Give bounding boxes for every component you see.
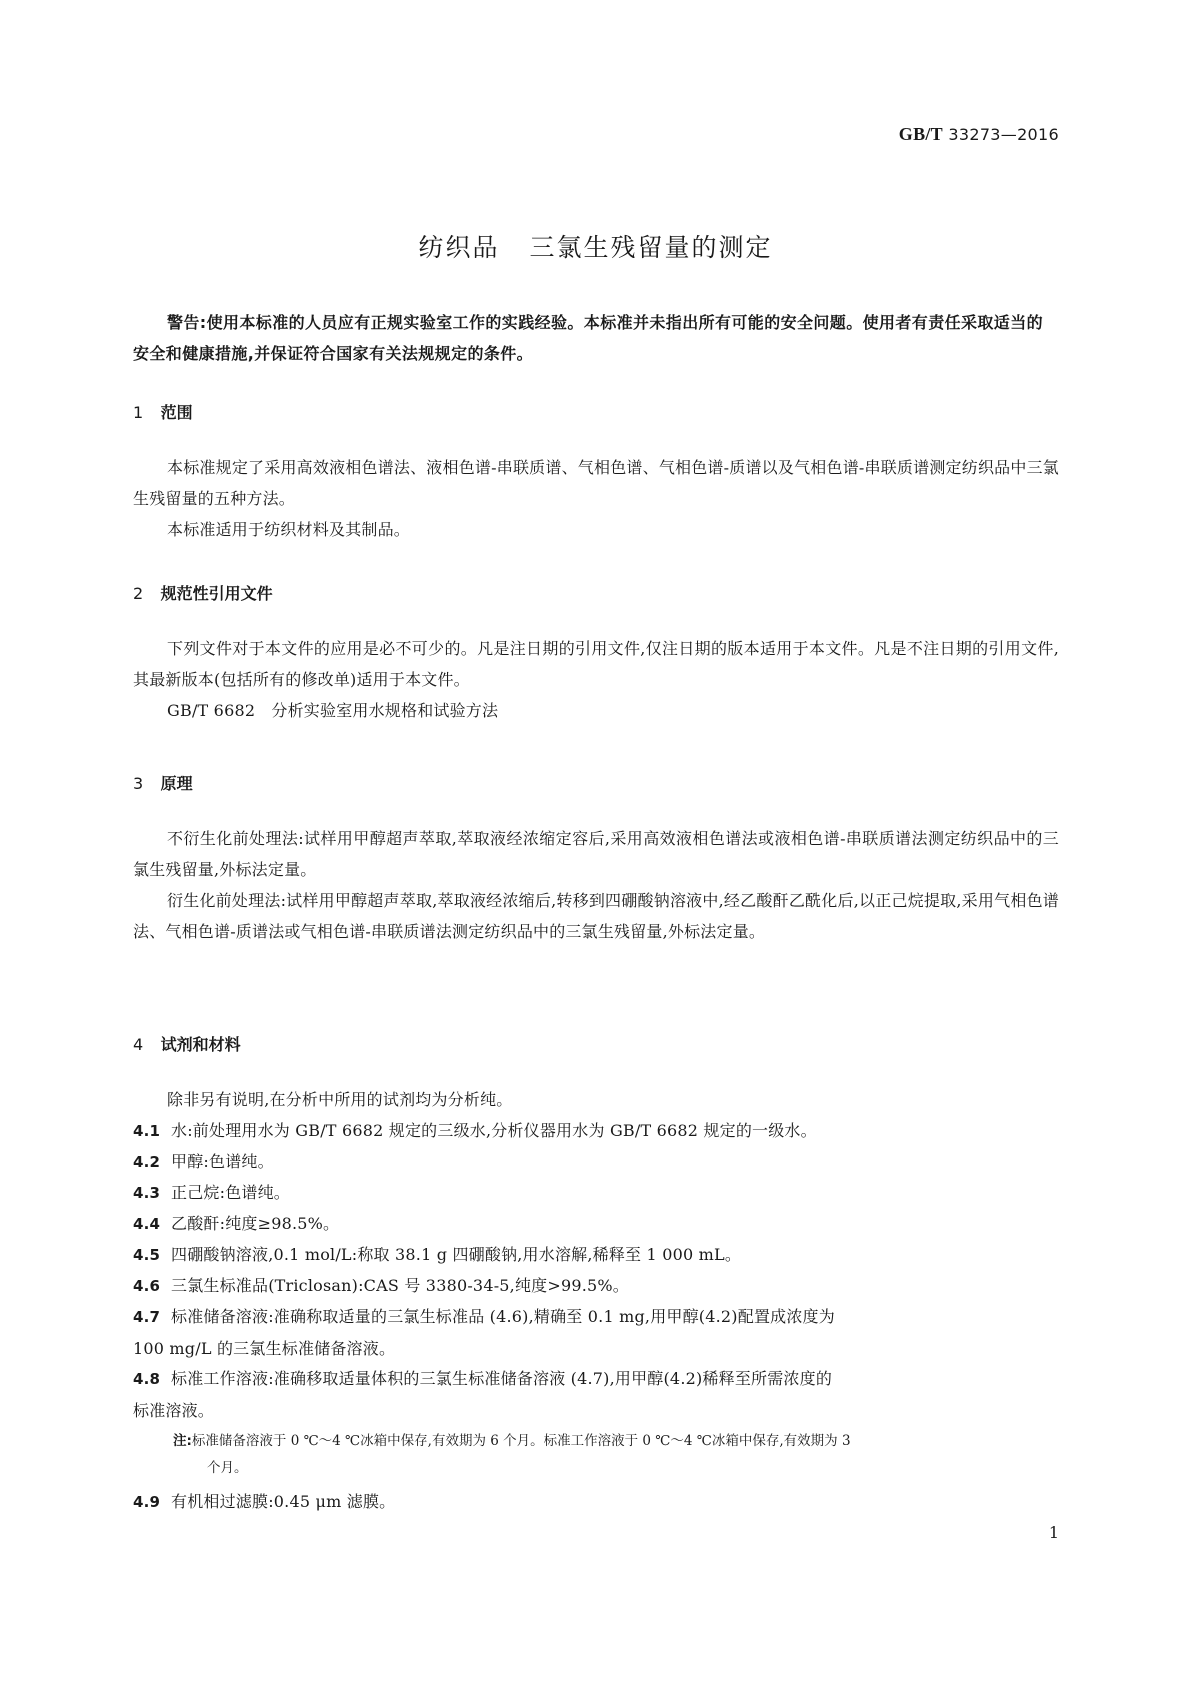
item-text: 正己烷:色谱纯。 xyxy=(171,1183,290,1202)
section-number: 1 xyxy=(133,403,155,422)
paragraph: 本标准适用于纺织材料及其制品。 xyxy=(133,514,1059,545)
paragraph: 本标准规定了采用高效液相色谱法、液相色谱-串联质谱、气相色谱、气相色谱-质谱以及… xyxy=(133,452,1059,514)
list-item-4-4: 4.4乙酸酐:纯度≥98.5%。 xyxy=(133,1208,1059,1240)
section-heading-scope: 1 范围 xyxy=(133,400,193,423)
item-text: 标准工作溶液:准确移取适量体积的三氯生标准储备溶液 (4.7),用甲醇(4.2)… xyxy=(171,1369,832,1388)
standard-code: 33273—2016 xyxy=(948,125,1059,144)
section-body-normative-references: 下列文件对于本文件的应用是必不可少的。凡是注日期的引用文件,仅注日期的版本适用于… xyxy=(133,633,1059,726)
title-part-1: 纺织品 xyxy=(418,233,499,262)
section-heading-principle: 3 原理 xyxy=(133,771,193,794)
item-number: 4.6 xyxy=(133,1271,171,1302)
item-number: 4.2 xyxy=(133,1147,171,1178)
section-title: 试剂和材料 xyxy=(161,1035,241,1054)
item-number: 4.4 xyxy=(133,1209,171,1240)
item-text: 三氯生标准品(Triclosan):CAS 号 3380-34-5,纯度>99.… xyxy=(171,1276,629,1295)
page-number: 1 xyxy=(1049,1523,1059,1542)
document-page: GB/T 33273—2016 纺织品三氯生残留量的测定 警告:使用本标准的人员… xyxy=(0,0,1191,1684)
note: 注:标准储备溶液于 0 ℃～4 ℃冰箱中保存,有效期为 6 个月。标准工作溶液于… xyxy=(173,1428,1059,1482)
item-number: 4.1 xyxy=(133,1116,171,1147)
item-number: 4.7 xyxy=(133,1302,171,1333)
section-heading-reagents: 4 试剂和材料 xyxy=(133,1032,241,1055)
section-heading-normative-references: 2 规范性引用文件 xyxy=(133,581,273,604)
standard-number: GB/T 33273—2016 xyxy=(899,124,1059,145)
section-body-principle: 不衍生化前处理法:试样用甲醇超声萃取,萃取液经浓缩定容后,采用高效液相色谱法或液… xyxy=(133,823,1059,947)
section-intro-reagents: 除非另有说明,在分析中所用的试剂均为分析纯。 xyxy=(133,1084,1059,1115)
standard-prefix: GB/T xyxy=(899,124,943,144)
note-text-continued: 个月。 xyxy=(173,1455,1059,1482)
section-title: 范围 xyxy=(161,403,193,422)
note-label: 注: xyxy=(173,1433,192,1449)
item-number: 4.3 xyxy=(133,1178,171,1209)
item-text: 四硼酸钠溶液,0.1 mol/L:称取 38.1 g 四硼酸钠,用水溶解,稀释至… xyxy=(171,1245,741,1264)
paragraph: 下列文件对于本文件的应用是必不可少的。凡是注日期的引用文件,仅注日期的版本适用于… xyxy=(133,633,1059,695)
list-item-4-8: 4.8标准工作溶液:准确移取适量体积的三氯生标准储备溶液 (4.7),用甲醇(4… xyxy=(133,1363,1059,1426)
item-text-continued: 标准溶液。 xyxy=(133,1401,214,1420)
paragraph: 不衍生化前处理法:试样用甲醇超声萃取,萃取液经浓缩定容后,采用高效液相色谱法或液… xyxy=(133,823,1059,885)
item-text: 甲醇:色谱纯。 xyxy=(171,1152,274,1171)
paragraph: 衍生化前处理法:试样用甲醇超声萃取,萃取液经浓缩后,转移到四硼酸钠溶液中,经乙酸… xyxy=(133,885,1059,947)
list-item-4-5: 4.5四硼酸钠溶液,0.1 mol/L:称取 38.1 g 四硼酸钠,用水溶解,… xyxy=(133,1239,1059,1271)
section-title: 规范性引用文件 xyxy=(161,584,273,603)
reference-entry: GB/T 6682 分析实验室用水规格和试验方法 xyxy=(133,695,1059,726)
list-item-4-3: 4.3正己烷:色谱纯。 xyxy=(133,1177,1059,1209)
item-text: 乙酸酐:纯度≥98.5%。 xyxy=(171,1214,339,1233)
section-title: 原理 xyxy=(161,774,193,793)
section-number: 4 xyxy=(133,1035,155,1054)
item-number: 4.5 xyxy=(133,1240,171,1271)
paragraph: 除非另有说明,在分析中所用的试剂均为分析纯。 xyxy=(133,1084,1059,1115)
warning-paragraph: 警告:使用本标准的人员应有正规实验室工作的实践经验。本标准并未指出所有可能的安全… xyxy=(133,307,1059,369)
item-text: 有机相过滤膜:0.45 μm 滤膜。 xyxy=(171,1492,395,1511)
item-text-continued: 100 mg/L 的三氯生标准储备溶液。 xyxy=(133,1339,395,1358)
item-text: 标准储备溶液:准确称取适量的三氯生标准品 (4.6),精确至 0.1 mg,用甲… xyxy=(171,1307,835,1326)
title-part-2: 三氯生残留量的测定 xyxy=(530,233,773,262)
list-item-4-9: 4.9有机相过滤膜:0.45 μm 滤膜。 xyxy=(133,1486,1059,1518)
list-item-4-6: 4.6三氯生标准品(Triclosan):CAS 号 3380-34-5,纯度>… xyxy=(133,1270,1059,1302)
item-number: 4.8 xyxy=(133,1364,171,1395)
section-body-scope: 本标准规定了采用高效液相色谱法、液相色谱-串联质谱、气相色谱、气相色谱-质谱以及… xyxy=(133,452,1059,545)
section-number: 2 xyxy=(133,584,155,603)
note-text: 标准储备溶液于 0 ℃～4 ℃冰箱中保存,有效期为 6 个月。标准工作溶液于 0… xyxy=(192,1433,851,1449)
list-item-4-2: 4.2甲醇:色谱纯。 xyxy=(133,1146,1059,1178)
item-number: 4.9 xyxy=(133,1487,171,1518)
list-item-4-7: 4.7标准储备溶液:准确称取适量的三氯生标准品 (4.6),精确至 0.1 mg… xyxy=(133,1301,1059,1364)
page-title: 纺织品三氯生残留量的测定 xyxy=(0,228,1191,264)
item-text: 水:前处理用水为 GB/T 6682 规定的三级水,分析仪器用水为 GB/T 6… xyxy=(171,1121,817,1140)
section-number: 3 xyxy=(133,774,155,793)
list-item-4-1: 4.1水:前处理用水为 GB/T 6682 规定的三级水,分析仪器用水为 GB/… xyxy=(133,1115,1059,1147)
